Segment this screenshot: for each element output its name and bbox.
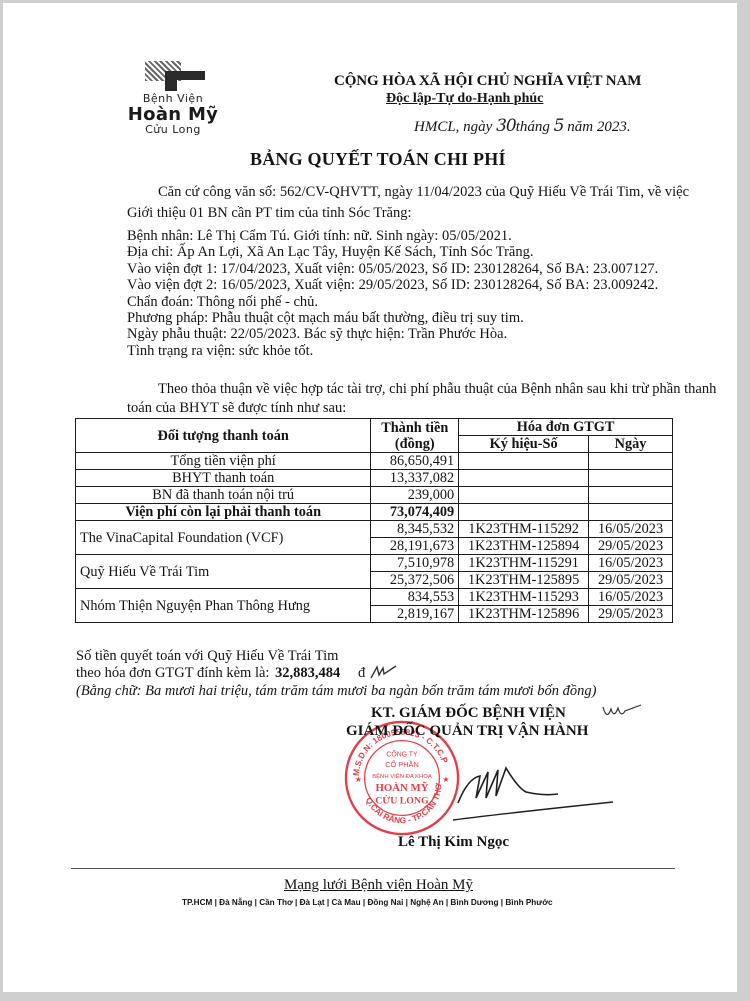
row-invoice-date (589, 487, 673, 504)
header-invoice: Hóa đơn GTGT (459, 419, 673, 436)
table-row: Viện phí còn lại phải thanh toán73,074,4… (76, 504, 673, 521)
patient-info-diagnosis: Chẩn đoán: Thông nối phế - chủ. (127, 294, 658, 310)
invoice-amount: 2,819,167 (371, 606, 459, 623)
document-page: Bệnh Viện Hoàn Mỹ Cửu Long CỘNG HÒA XÃ H… (3, 3, 737, 992)
table-row: The VinaCapital Foundation (VCF)8,345,53… (76, 521, 673, 538)
table-row: Tổng tiền viện phí86,650,491 (76, 453, 673, 470)
row-amount: 86,650,491 (371, 453, 459, 470)
invoice-date: 29/05/2023 (589, 572, 673, 589)
row-label: Tổng tiền viện phí (76, 453, 371, 470)
payer-name: Nhóm Thiện Nguyện Phan Thông Hưng (76, 589, 371, 623)
patient-info-discharge-status: Tình trạng ra viện: sức khỏe tốt. (127, 343, 658, 359)
agreement-line-2: toán của BHYT sẽ được tính như sau: (127, 400, 346, 417)
handwritten-mark-icon (601, 703, 643, 723)
document-date: HMCL, ngày 30tháng 5 năm 2023. (414, 116, 631, 136)
handwritten-initial-icon (369, 663, 399, 681)
national-motto: Độc lập-Tự do-Hạnh phúc (386, 91, 543, 107)
row-invoice-symbol (459, 487, 589, 504)
date-year: năm 2023. (563, 119, 630, 135)
header-invoice-symbol: Ký hiệu-Số (459, 436, 589, 453)
table-row: BHYT thanh toán13,337,082 (76, 470, 673, 487)
invoice-symbol: 1K23THM-115293 (459, 589, 589, 606)
svg-text:CÔNG TY: CÔNG TY (386, 749, 418, 758)
patient-info: Bệnh nhân: Lê Thị Cẩm Tú. Giới tính: nữ.… (127, 228, 658, 359)
patient-info-admission-1: Vào viện đợt 1: 17/04/2023, Xuất viện: 0… (127, 261, 658, 277)
invoice-amount: 8,345,532 (371, 521, 459, 538)
row-invoice-date (589, 504, 673, 521)
header-amount-line-2: (đồng) (375, 436, 454, 452)
row-invoice-date (589, 470, 673, 487)
hospital-logo: Bệnh Viện Hoàn Mỹ Cửu Long (111, 61, 235, 136)
date-prefix: HMCL, ngày (414, 119, 496, 135)
invoice-amount: 25,372,506 (371, 572, 459, 589)
header-amount: Thành tiền (đồng) (371, 419, 459, 453)
svg-text:★: ★ (355, 775, 362, 784)
header-payer: Đối tượng thanh toán (76, 419, 371, 453)
intro-line-2: Giới thiệu 01 BN cần PT tim của tỉnh Sóc… (127, 205, 412, 222)
table-row: Nhóm Thiện Nguyện Phan Thông Hưng834,553… (76, 589, 673, 606)
date-month-label: tháng (516, 119, 554, 135)
svg-text:BỆNH VIỆN ĐA KHOA: BỆNH VIỆN ĐA KHOA (372, 772, 432, 780)
row-invoice-symbol (459, 504, 589, 521)
invoice-amount: 834,553 (371, 589, 459, 606)
footer-network-title: Mạng lưới Bệnh viện Hoàn Mỹ (284, 877, 473, 894)
svg-text:CỬU LONG: CỬU LONG (375, 795, 429, 807)
patient-info-method: Phương pháp: Phẫu thuật cột mạch máu bất… (127, 310, 658, 326)
invoice-date: 16/05/2023 (589, 521, 673, 538)
patient-info-name: Bệnh nhân: Lê Thị Cẩm Tú. Giới tính: nữ.… (127, 228, 658, 244)
table-row: Quỹ Hiếu Về Trái Tim7,510,9781K23THM-115… (76, 555, 673, 572)
row-label: BHYT thanh toán (76, 470, 371, 487)
invoice-date: 29/05/2023 (589, 606, 673, 623)
document-title: BẢNG QUYẾT TOÁN CHI PHÍ (250, 149, 506, 170)
row-label: BN đã thanh toán nội trú (76, 487, 371, 504)
invoice-amount: 7,510,978 (371, 555, 459, 572)
invoice-symbol: 1K23THM-125894 (459, 538, 589, 555)
amount-in-words: (Bằng chữ: Ba mươi hai triệu, tám trăm t… (76, 683, 596, 700)
header-invoice-date: Ngày (589, 436, 673, 453)
settlement-line-2: theo hóa đơn GTGT đính kèm là: (76, 665, 269, 682)
row-invoice-date (589, 453, 673, 470)
payer-rows: The VinaCapital Foundation (VCF)8,345,53… (76, 521, 673, 623)
invoice-date: 16/05/2023 (589, 555, 673, 572)
invoice-symbol: 1K23THM-125895 (459, 572, 589, 589)
row-label: Viện phí còn lại phải thanh toán (76, 504, 371, 521)
intro-line-1: Căn cứ công văn số: 562/CV-QHVTT, ngày 1… (158, 184, 689, 201)
payer-name: The VinaCapital Foundation (VCF) (76, 521, 371, 555)
payer-name: Quỹ Hiếu Về Trái Tim (76, 555, 371, 589)
svg-text:CỔ PHẦN: CỔ PHẦN (385, 759, 419, 769)
row-amount: 73,074,409 (371, 504, 459, 521)
logo-mark-icon (145, 61, 209, 91)
national-header: CỘNG HÒA XÃ HỘI CHỦ NGHĨA VIỆT NAM (334, 73, 641, 90)
signer-name: Lê Thị Kim Ngọc (398, 834, 509, 851)
header-amount-line-1: Thành tiền (375, 420, 454, 436)
row-amount: 239,000 (371, 487, 459, 504)
invoice-symbol: 1K23THM-125896 (459, 606, 589, 623)
agreement-line-1: Theo thỏa thuận về việc hợp tác tài trợ,… (158, 381, 716, 398)
table-row: BN đã thanh toán nội trú239,000 (76, 487, 673, 504)
summary-rows: Tổng tiền viện phí86,650,491BHYT thanh t… (76, 453, 673, 521)
table-header-row: Đối tượng thanh toán Thành tiền (đồng) H… (76, 419, 673, 436)
logo-line-2: Hoàn Mỹ (111, 105, 235, 124)
cost-settlement-table: Đối tượng thanh toán Thành tiền (đồng) H… (75, 418, 673, 623)
footer-city-list: TP.HCM | Đà Nẵng | Cần Thơ | Đà Lạt | Cà… (182, 898, 553, 907)
invoice-symbol: 1K23THM-115292 (459, 521, 589, 538)
settlement-currency: đ (358, 665, 365, 682)
signer-title-2: GIÁM ĐỐC QUẢN TRỊ VẬN HÀNH (346, 723, 588, 740)
footer-divider (71, 868, 675, 869)
patient-info-surgery-date: Ngày phẫu thuật: 22/05/2023. Bác sỹ thực… (127, 326, 658, 342)
handwritten-signature-icon (448, 758, 618, 828)
patient-info-address: Địa chỉ: Ấp An Lợi, Xã An Lạc Tây, Huyện… (127, 244, 658, 260)
settlement-amount: 32,883,484 (275, 665, 340, 682)
signer-title-1: KT. GIÁM ĐỐC BỆNH VIỆN (371, 705, 566, 722)
invoice-symbol: 1K23THM-115291 (459, 555, 589, 572)
date-day-handwritten: 30 (496, 116, 516, 136)
patient-info-admission-2: Vào viện đợt 2: 16/05/2023, Xuất viện: 2… (127, 277, 658, 293)
row-invoice-symbol (459, 470, 589, 487)
svg-text:HOÀN MỸ: HOÀN MỸ (375, 782, 428, 794)
row-amount: 13,337,082 (371, 470, 459, 487)
invoice-amount: 28,191,673 (371, 538, 459, 555)
date-month-handwritten: 5 (554, 116, 564, 136)
logo-line-3: Cửu Long (111, 124, 235, 136)
invoice-date: 16/05/2023 (589, 589, 673, 606)
invoice-date: 29/05/2023 (589, 538, 673, 555)
settlement-line-1: Số tiền quyết toán với Quỹ Hiếu Về Trái … (76, 648, 338, 665)
row-invoice-symbol (459, 453, 589, 470)
